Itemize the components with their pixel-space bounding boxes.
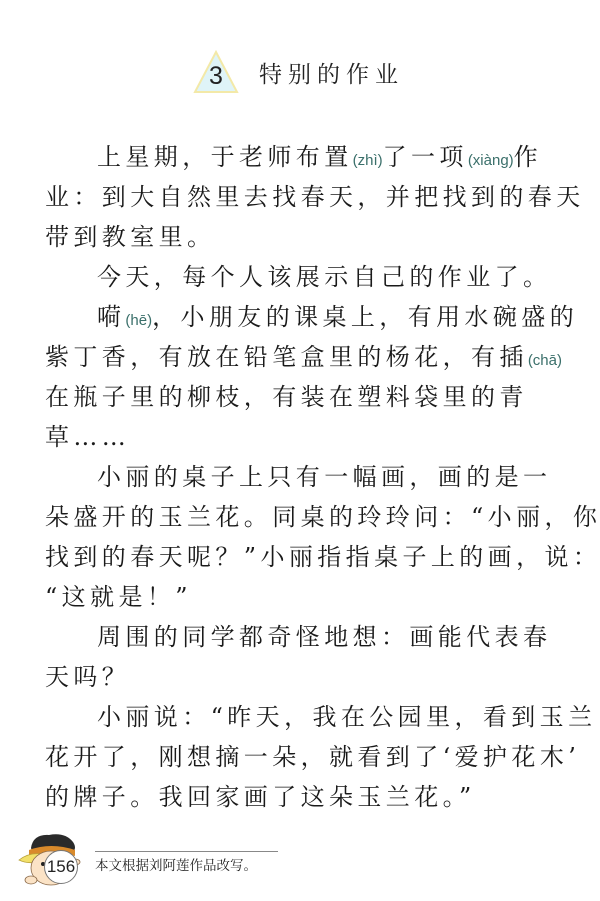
lesson-title-block: 3 特别的作业 (193, 46, 404, 98)
pinyin-annotation: (xiàng) (468, 152, 514, 169)
text-line: 朵盛开的玉兰花。同桌的玲玲问：“小丽，你 (45, 497, 575, 537)
text-segment: 作 (514, 143, 542, 171)
text-segment: 的牌子。我回家画了这朵玉兰花。” (45, 783, 476, 811)
text-line: 上星期，于老师布置(zhì)了一项(xiàng)作 (45, 137, 575, 177)
footnote-divider (95, 851, 278, 852)
text-segment: 找到的春天呢？”小丽指指桌子上的画，说： (45, 543, 600, 571)
page-footer: 156 本文根据刘阿莲作品改写。 (0, 820, 600, 901)
text-line: 嗬(hē)，小朋友的课桌上，有用水碗盛的 (45, 297, 575, 337)
text-line: 的牌子。我回家画了这朵玉兰花。” (45, 777, 575, 817)
text-segment: 上星期，于老师布置 (97, 143, 353, 171)
text-line: 今天，每个人该展示自己的作业了。 (45, 257, 575, 297)
pinyin-annotation: (hē) (125, 312, 152, 329)
text-segment: 紫丁香，有放在铅笔盒里的杨花，有插 (45, 343, 528, 371)
text-segment: 朵盛开的玉兰花。同桌的玲玲问：“小丽，你 (45, 503, 600, 531)
source-footnote: 本文根据刘阿莲作品改写。 (95, 854, 257, 874)
text-segment: 草…… (45, 423, 130, 451)
text-line: 小丽说：“昨天，我在公园里，看到玉兰 (45, 697, 575, 737)
lesson-title: 特别的作业 (259, 56, 404, 89)
text-line: 带到教室里。 (45, 217, 575, 257)
text-segment: 小丽说：“昨天，我在公园里，看到玉兰 (97, 703, 596, 731)
pinyin-annotation: (zhì) (353, 152, 383, 169)
text-segment: 在瓶子里的柳枝，有装在塑料袋里的青 (45, 383, 528, 411)
text-segment: 今天，每个人该展示自己的作业了。 (97, 263, 551, 291)
text-line: 在瓶子里的柳枝，有装在塑料袋里的青 (45, 377, 575, 417)
text-line: 找到的春天呢？”小丽指指桌子上的画，说： (45, 537, 575, 577)
page-number: 156 (44, 850, 78, 884)
text-segment: “这就是！” (45, 583, 192, 611)
text-segment: 小丽的桌子上只有一幅画，画的是一 (97, 463, 551, 491)
text-segment: ，小朋友的课桌上，有用水碗盛的 (152, 303, 578, 331)
text-segment: 花开了，刚想摘一朵，就看到了‘爱护花木’ (45, 743, 580, 771)
text-line: 草…… (45, 417, 575, 457)
lesson-body: 上星期，于老师布置(zhì)了一项(xiàng)作业：到大自然里去找春天，并把找… (45, 137, 575, 817)
lesson-number: 3 (193, 62, 239, 91)
text-line: 周围的同学都奇怪地想：画能代表春 (45, 617, 575, 657)
text-line: 天吗？ (45, 657, 575, 697)
text-segment: 了一项 (383, 143, 468, 171)
text-line: 业：到大自然里去找春天，并把找到的春天 (45, 177, 575, 217)
text-line: 紫丁香，有放在铅笔盒里的杨花，有插(chā) (45, 337, 575, 377)
text-segment: 周围的同学都奇怪地想：画能代表春 (97, 623, 551, 651)
text-segment: 带到教室里。 (45, 223, 215, 251)
pinyin-annotation: (chā) (528, 352, 562, 369)
text-segment: 天吗？ (45, 663, 130, 691)
text-segment: 业：到大自然里去找春天，并把找到的春天 (45, 183, 585, 211)
text-segment: 嗬 (97, 303, 125, 331)
text-line: 小丽的桌子上只有一幅画，画的是一 (45, 457, 575, 497)
text-line: 花开了，刚想摘一朵，就看到了‘爱护花木’ (45, 737, 575, 777)
text-line: “这就是！” (45, 577, 575, 617)
lesson-number-badge: 3 (193, 50, 239, 94)
